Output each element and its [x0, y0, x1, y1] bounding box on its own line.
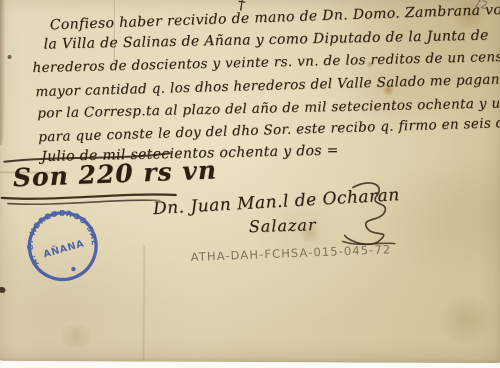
archive-reference-code: ATHA-DAH-FCHSA-015-045-72 [190, 242, 391, 264]
torn-edge [0, 0, 6, 145]
manuscript-line: herederos de doscientos y veinte rs. vn.… [32, 50, 500, 75]
signature-surname: Salazar [249, 215, 317, 236]
scan-background-edge [0, 363, 500, 368]
manuscript-line: para que conste le doy del dho Sor. este… [38, 117, 500, 145]
paper-stain [56, 325, 96, 347]
manuscript-line: la Villa de Salinas de Añana y como Dipu… [44, 29, 489, 52]
document-scan: † 72 Confieso haber recivido de mano de … [0, 0, 500, 368]
ink-speck [0, 286, 6, 294]
signature-rubric [341, 179, 399, 247]
manuscript-line: mayor cantidad q. los dhos herederos del… [35, 72, 500, 99]
paper-crease [142, 246, 146, 361]
ink-speck [8, 55, 12, 59]
stamp-ring-text: A. G. HEREDEROS SALINAS [15, 198, 102, 273]
archive-stamp: A. G. HEREDEROS SALINAS AÑANA [15, 198, 111, 294]
paper-stain [436, 297, 496, 343]
stamp-center-text: AÑANA [42, 236, 86, 260]
manuscript-paper: † 72 Confieso haber recivido de mano de … [0, 0, 500, 363]
svg-text:A. G. HEREDEROS SALINAS: A. G. HEREDEROS SALINAS [15, 198, 102, 273]
